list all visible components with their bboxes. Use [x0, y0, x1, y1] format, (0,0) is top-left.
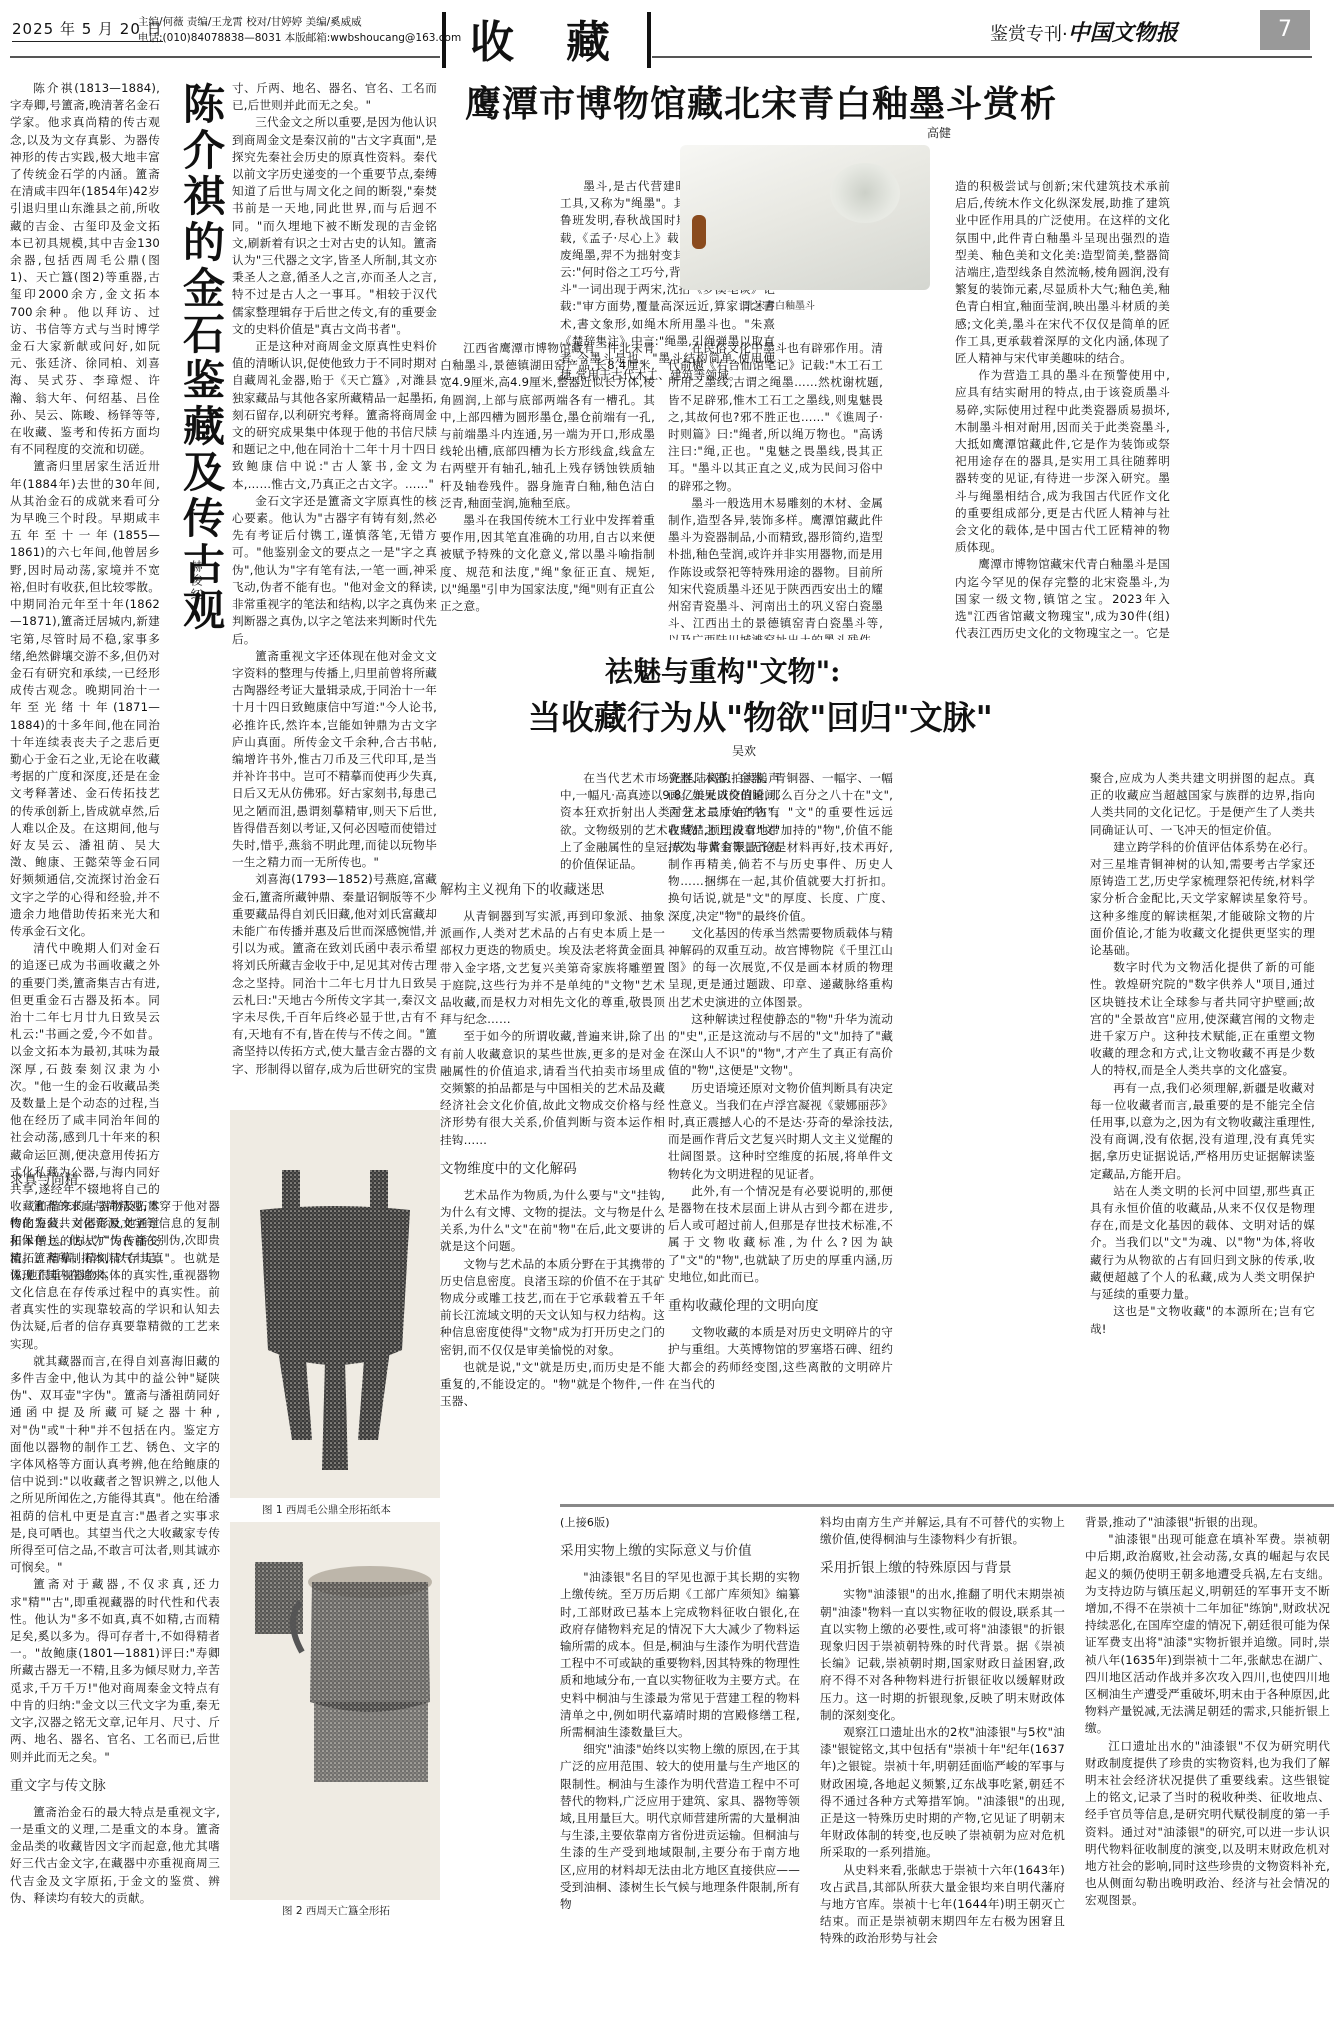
masthead-divider-right: [647, 12, 651, 68]
article2-title: 鹰潭市博物馆藏北宋青白釉墨斗赏析: [465, 76, 1057, 127]
article3-col2: 瓷器、木器、金器、青铜器、一幅字、一幅画。如果以价值论,那么百分之八十在"文",…: [668, 770, 893, 1470]
paragraph: 寸、斤两、地名、器名、官名、工名而已,后世则并此而无之矣。": [232, 80, 437, 114]
section-heading: 重文字与传文脉: [10, 1776, 220, 1796]
paragraph: 就其藏器而言,在得自刘喜海旧藏的多件吉金中,他认为其中的益公钟"疑陕伪"、双耳壶…: [10, 1353, 220, 1577]
article2-col3: 造的积极尝试与创新;宋代建筑技术承前启后,传统木作文化纵深发展,助推了建筑业中匠…: [955, 178, 1170, 640]
masthead-rule-left: [10, 56, 440, 58]
paragraph: 瓷器、木器、金器、青铜器、一幅字、一幅画。如果以价值论,那么百分之八十在"文",…: [668, 770, 893, 925]
paragraph: 文化基因的传承当然需要物质载体与精神解码的双重互动。故宫博物院《千里江山图》的每…: [668, 925, 893, 1011]
paragraph: 背景,推动了"油漆银"折银的出现。: [1085, 1514, 1330, 1531]
paragraph: 金石文字还是簠斋文字原真性的核心要素。他认为"古器字有铸有刻,然必先有考证后付镌…: [232, 493, 437, 648]
article1-author: 赫俊红: [188, 560, 205, 602]
article3-col1-lower: 解构主义视角下的收藏迷思 从青铜器到写实派,再到印象派、抽象派画作,人类对艺术品…: [440, 790, 665, 1470]
paragraph: 簠斋的求真与尚精观,贯穿于他对器物的鉴藏、对器形及文字等信息的复制和保存上。他认…: [10, 1198, 220, 1353]
paragraph: 正是这种对商周金文原真性史料价值的清晰认识,促使他致力于不同时期对自藏周礼金器,…: [232, 338, 437, 493]
article3-title-line2: 当收藏行为从"物欲"回归"文脉": [528, 692, 993, 739]
figure1-ding-rubbing: [230, 1110, 440, 1498]
article4-col3: 背景,推动了"油漆银"折银的出现。 "油漆银"出现可能意在填补军费。崇祯朝中后期…: [1085, 1514, 1330, 2034]
contact-line: 电话:(010)84078838—8031 本版邮箱:wwbshoucang@1…: [138, 30, 461, 46]
paragraph: 簠斋对于藏器,不仅求真,还力求"精""古",即重视藏器的时代性和代表性。他认为"…: [10, 1576, 220, 1765]
paragraph: 数字时代为文物活化提供了新的可能性。敦煌研究院的"数字供养人"项目,通过区块链技…: [1090, 959, 1315, 1079]
paragraph: 刘喜海(1793—1852)号燕庭,富藏金石,簠斋所藏钟鼎、秦量诏铜版等不少重要…: [232, 871, 437, 1080]
paragraph: 簠斋治金石的最大特点是重视文字,一是重文的义理,二是重文的本身。簠斋金品类的收藏…: [10, 1804, 220, 1907]
figure2-gui-rubbing: [230, 1522, 440, 1900]
continued-from: (上接6版): [560, 1514, 800, 1531]
publication-label: 鉴赏专刊·: [990, 24, 1068, 45]
paragraph: 簠斋归里居家生活近卅年(1884年)去世的30年间,从其治金石的成就来看可分为早…: [10, 458, 160, 940]
paragraph: 这种解读过程使静态的"物"升华为流动的"史",正是这流动与不居的"文"加持了"藏…: [668, 1011, 893, 1080]
paragraph: 聚合,应成为人类共建文明拼图的起点。真正的收藏应当超越国家与族群的边界,指向人类…: [1090, 770, 1315, 839]
section-heading: 文物维度中的文化解码: [440, 1159, 665, 1179]
paragraph: 从青铜器到写实派,再到印象派、抽象派画作,人类对艺术品的占有史本质上是一部权力更…: [440, 908, 665, 1028]
paragraph: 至于如今的所谓收藏,普遍来讲,除了出有前人收藏意识的某些世族,更多的是对金融属性…: [440, 1028, 665, 1148]
article1-col1-lower: 求真与尚精 簠斋的求真与尚精观,贯穿于他对器物的鉴藏、对器形及文字等信息的复制和…: [10, 1160, 220, 2030]
figure2-caption: 图 2 西周天亡簋全形拓: [282, 1903, 390, 1918]
paragraph: 鹰潭市博物馆藏宋代青白釉墨斗是国内迄今罕见的保存完整的北宋瓷墨斗,为国家一级文物…: [955, 556, 1170, 640]
section-title: 收藏: [470, 6, 662, 70]
section-heading: 采用折银上缴的特殊原因与背景: [820, 1558, 1065, 1578]
newspaper-logo: 中国文物报: [1068, 20, 1178, 46]
paragraph: 再有一点,我们必须理解,新疆是收藏对每一位收藏者而言,最重要的是不能完全信任用事…: [1090, 1080, 1315, 1183]
paragraph: 料均由南方生产并解运,具有不可替代的实物上缴价值,使得桐油与生漆物料少有折银。: [820, 1514, 1065, 1548]
staff-line: 主编/何薇 责编/王龙霄 校对/甘婷婷 美编/奚威威: [138, 14, 461, 30]
paragraph: 实物"油漆银"的出水,推翻了明代末期崇祯朝"油漆"物料一直以实物征收的假设,联系…: [820, 1586, 1065, 1724]
paragraph: "油漆银"出现可能意在填补军费。崇祯朝中后期,政治腐败,社会动荡,女真的崛起与农…: [1085, 1531, 1330, 1737]
iron-axle-remnant: [692, 215, 706, 249]
figure1-caption: 图 1 西周毛公鼎全形拓纸本: [262, 1502, 391, 1517]
paragraph: 墨斗在我国传统木工行业中发挥着重要作用,因其笔直准确的功用,自古以来便被赋予特殊…: [440, 512, 655, 615]
paragraph: 簠斋重视文字还体现在他对金文文字资料的整理与传播上,归里前曾将所藏古陶器经考证大…: [232, 648, 437, 872]
ink-well: [830, 163, 900, 223]
ding-vessel-icon: [230, 1110, 440, 1498]
paragraph: 从史料来看,张献忠于崇祯十六年(1643年)攻占武昌,其部队所获大量金银均来自明…: [820, 1862, 1065, 1948]
paragraph: 历史语境还原对文物价值判断具有决定性意义。当我们在卢浮宫凝视《蒙娜丽莎》时,真正…: [668, 1080, 893, 1183]
paragraph: 三代金文之所以重要,是因为他认识到商周金文是秦汉前的"古文字真面",是探究先秦社…: [232, 114, 437, 338]
paragraph: 江口遗址出水的"油漆银"不仅为研究明代财政制度提供了珍贵的实物资料,也为我们了解…: [1085, 1738, 1330, 1910]
article4-top-rule: [560, 1504, 1334, 1507]
page-number: 7: [1260, 10, 1310, 50]
section-heading: 采用实物上缴的实际意义与价值: [560, 1541, 800, 1561]
article3-title-line1: 祛魅与重构"文物":: [605, 650, 841, 690]
paragraph: 作为营造工具的墨斗在预警使用中,应具有结实耐用的特点,由于该瓷质墨斗易碎,实际使…: [955, 367, 1170, 556]
ink-marker-photo: [680, 145, 930, 290]
paragraph: 建立跨学科的价值评估体系势在必行。对三星堆青铜神树的认知,需要考古学家还原铸造工…: [1090, 839, 1315, 959]
article1-col2: 寸、斤两、地名、器名、官名、工名而已,后世则并此而无之矣。" 三代金文之所以重要…: [232, 80, 437, 1080]
article2-col1-lower: 江西省鹰潭市博物馆藏有一件北宋青白釉墨斗,景德镇湖田窑产品,长8.4厘米,宽4.…: [440, 340, 655, 640]
article2-col2: 在民俗文化中墨斗也有辟邪作用。清代俞樾《右台仙馆笔记》记载:"木工石工所用之墨线…: [668, 340, 883, 640]
staff-credits: 主编/何薇 责编/王龙霄 校对/甘婷婷 美编/奚威威 电话:(010)84078…: [138, 14, 461, 46]
article3-col3: 聚合,应成为人类共建文明拼图的起点。真正的收藏应当超越国家与族群的边界,指向人类…: [1090, 770, 1315, 1470]
paragraph: 在民俗文化中墨斗也有辟邪作用。清代俞樾《右台仙馆笔记》记载:"木工石工所用之墨线…: [668, 340, 883, 495]
paragraph: 站在人类文明的长河中回望,那些真正具有永恒价值的收藏品,从来不仅仅是物理存在,而…: [1090, 1183, 1315, 1303]
paragraph: 江西省鹰潭市博物馆藏有一件北宋青白釉墨斗,景德镇湖田窑产品,长8.4厘米,宽4.…: [440, 340, 655, 512]
paragraph: "油漆银"名目的罕见也源于其长期的实物上缴传统。至万历后期《工部广库须知》编纂时…: [560, 1569, 800, 1741]
article2-author: 高健: [927, 124, 951, 141]
article3-author: 吴欢: [732, 742, 756, 759]
paragraph: 也就是说,"文"就是历史,而历史是不能重复的,不能设定的。"物"就是个物件,一件…: [440, 1359, 665, 1411]
masthead-divider-left: [442, 12, 446, 68]
paragraph: 文物收藏的本质是对历史文明碎片的守护与重组。大英博物馆的罗塞塔石碑、纽约大都会的…: [668, 1324, 893, 1393]
paragraph: 造的积极尝试与创新;宋代建筑技术承前启后,传统木作文化纵深发展,助推了建筑业中匠…: [955, 178, 1170, 367]
paragraph: 陈介祺(1813—1884),字寿卿,号簠斋,晚清著名金石学家。他求真尚精的传古…: [10, 80, 160, 458]
publication-name: 鉴赏专刊·中国文物报: [990, 16, 1178, 47]
paragraph: 这也是"文物收藏"的本源所在;岂有它哉!: [1090, 1303, 1315, 1337]
photo-caption: 北宋青白釉墨斗: [745, 297, 815, 312]
gui-vessel-icon: [230, 1522, 440, 1900]
section-heading: 解构主义视角下的收藏迷思: [440, 880, 665, 900]
section-heading: 求真与尚精: [10, 1170, 220, 1190]
paragraph: 细究"油漆"始终以实物上缴的原因,在于其广泛的应用范围、较大的使用量与生产地区的…: [560, 1741, 800, 1913]
article4-col1: (上接6版) 采用实物上缴的实际意义与价值 "油漆银"名目的罕见也源于其长期的实…: [560, 1514, 800, 2034]
paragraph: 此外,有一个情况是有必要说明的,那便是器物在技术层面上讲从古到今都在进步,后人或…: [668, 1183, 893, 1286]
paragraph: 文物与艺术品的本质分野在于其携带的历史信息密度。良渚玉琮的价值不在于其矿物成分或…: [440, 1256, 665, 1359]
paragraph: 艺术品作为物质,为什么要与"文"挂钩,为什么有文博、文物的提法。文与物是什么关系…: [440, 1187, 665, 1256]
paragraph: 墨斗一般选用木易雕刻的木材、金属制作,造型各异,装饰多样。鹰潭馆藏此件墨斗为瓷器…: [668, 495, 883, 640]
article4-col2: 料均由南方生产并解运,具有不可替代的实物上缴价值,使得桐油与生漆物料少有折银。 …: [820, 1514, 1065, 2034]
article1-title: 陈介祺的金石鉴藏及传古观: [172, 82, 224, 634]
paragraph: 观察江口遗址出水的2枚"油漆银"与5枚"油漆"银锭铭文,其中包括有"崇祯十年"纪…: [820, 1724, 1065, 1862]
masthead-rule-right: [652, 56, 1312, 58]
section-heading: 重构收藏伦理的文明向度: [668, 1296, 893, 1316]
